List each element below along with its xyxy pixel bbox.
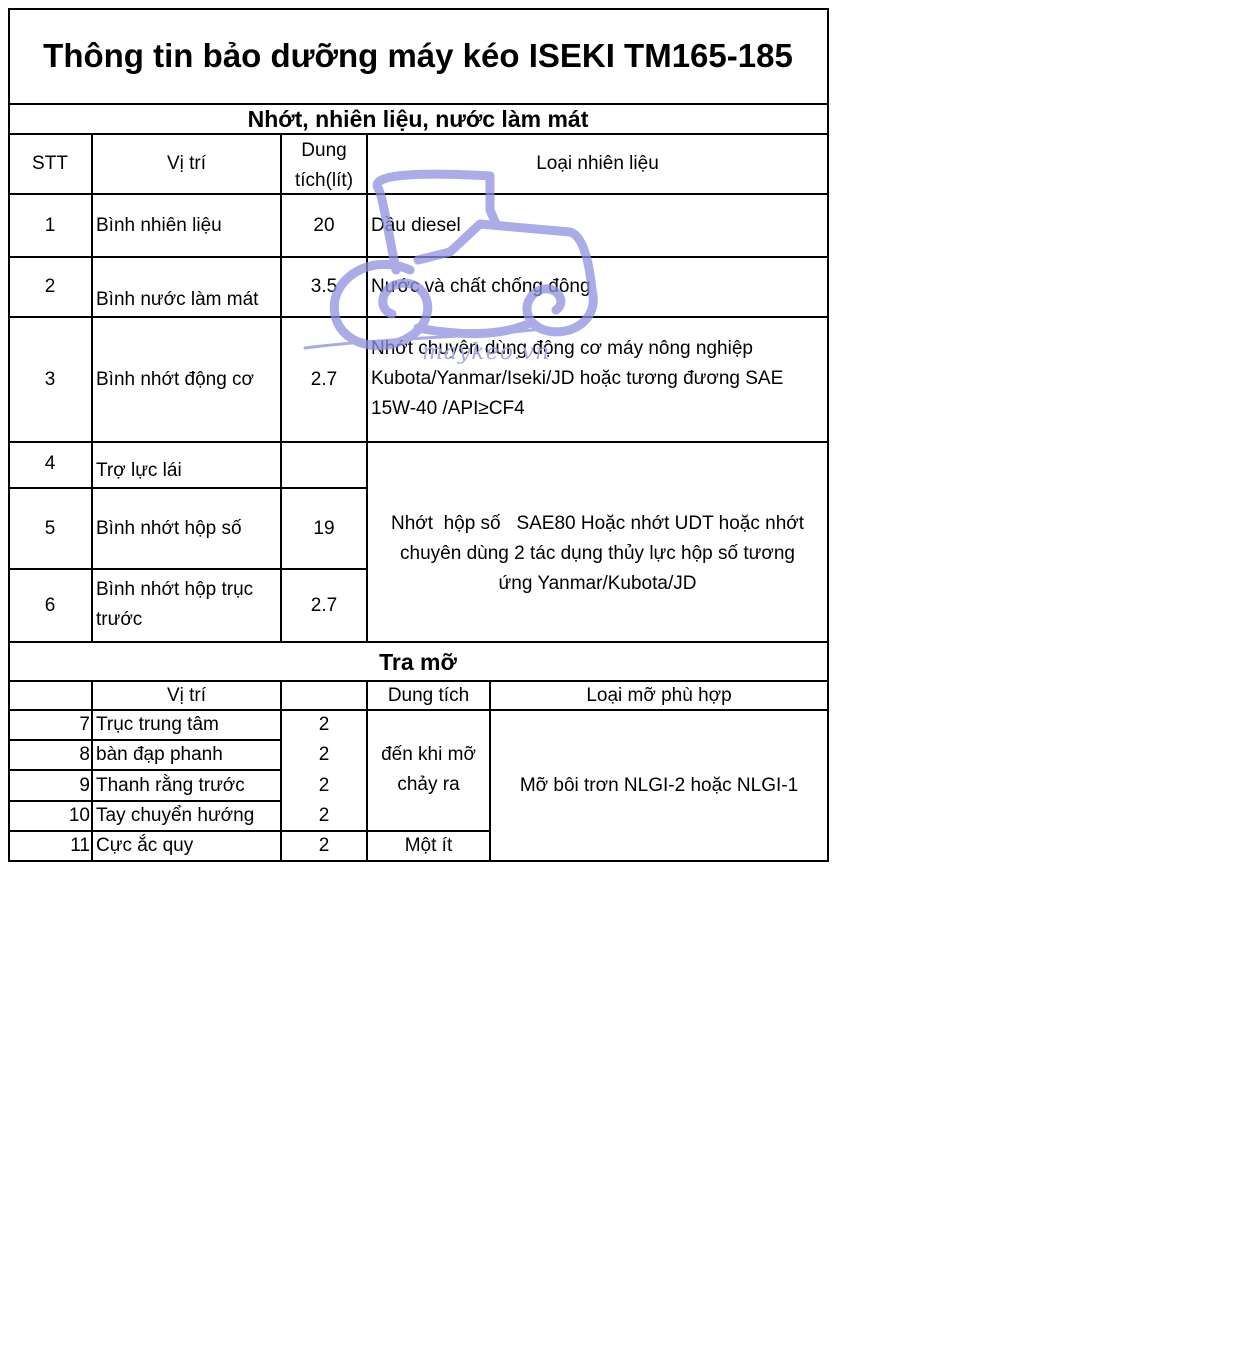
rows4-6-fluid-line1: Nhớt hộp số SAE80 Hoặc nhớt UDT hoặc nhớ… bbox=[367, 509, 828, 539]
row3-fluid-line1: Nhớt chuyên dùng động cơ máy nông nghiệp bbox=[371, 334, 828, 364]
border-bottom bbox=[8, 860, 829, 862]
row1-fluid: Dầu diesel bbox=[367, 194, 828, 257]
column-header-capacity-line1: Dung bbox=[281, 136, 367, 166]
row-divider bbox=[8, 709, 829, 711]
col-divider bbox=[91, 133, 93, 642]
row6-position-line2: trước bbox=[96, 605, 281, 635]
grease-type-all: Mỡ bôi trơn NLGI-2 hoặc NLGI-1 bbox=[490, 710, 828, 861]
row6-stt: 6 bbox=[8, 569, 92, 642]
rows4-6-fluid: Nhớt hộp số SAE80 Hoặc nhớt UDT hoặc nhớ… bbox=[367, 509, 828, 609]
grease-capacity-row11: Một ít bbox=[367, 831, 490, 861]
border-top bbox=[8, 8, 828, 10]
row3-stt: 3 bbox=[8, 317, 92, 442]
grease-row11-position: Cực ắc quy bbox=[92, 831, 281, 861]
row-divider bbox=[8, 316, 829, 318]
row3-fluid: Nhớt chuyên dùng động cơ máy nông nghiệp… bbox=[367, 334, 828, 434]
grease-section-heading: Tra mỡ bbox=[8, 642, 828, 681]
grease-row9-count: 2 bbox=[281, 770, 367, 801]
col-divider bbox=[489, 680, 491, 861]
grease-row9-position: Thanh rằng trước bbox=[92, 770, 281, 801]
row3-position: Bình nhớt động cơ bbox=[92, 317, 281, 442]
grease-capacity-line2: chảy ra bbox=[367, 770, 490, 800]
grease-row8-count: 2 bbox=[281, 740, 367, 770]
grease-row8-position: bàn đạp phanh bbox=[92, 740, 281, 770]
border-left bbox=[8, 8, 10, 862]
row4-stt: 4 bbox=[8, 449, 92, 489]
row5-position: Bình nhớt hộp số bbox=[92, 488, 281, 569]
row2-position: Bình nước làm mát bbox=[92, 257, 281, 317]
grease-header-position: Vị trí bbox=[92, 681, 281, 710]
row1-capacity: 20 bbox=[281, 194, 367, 257]
rows4-6-fluid-line2: chuyên dùng 2 tác dụng thủy lực hộp số t… bbox=[367, 539, 828, 569]
row2-capacity: 3.5 bbox=[281, 257, 367, 317]
row6-position-line1: Bình nhớt hộp trục bbox=[96, 575, 281, 605]
grease-capacity-rows7-10: đến khi mỡ chảy ra bbox=[367, 740, 490, 802]
row4-capacity bbox=[281, 442, 367, 488]
grease-header-capacity: Dung tích bbox=[367, 681, 490, 710]
row4-position: Trợ lực lái bbox=[92, 442, 281, 488]
col-divider bbox=[280, 133, 282, 642]
row1-stt: 1 bbox=[8, 194, 92, 257]
grease-row11-count: 2 bbox=[281, 831, 367, 861]
rows4-6-fluid-line3: ứng Yanmar/Kubota/JD bbox=[367, 569, 828, 599]
row-divider bbox=[8, 441, 829, 443]
col-divider bbox=[366, 133, 368, 642]
col-divider bbox=[91, 680, 93, 861]
row-divider bbox=[8, 103, 829, 105]
col-divider bbox=[280, 680, 282, 861]
row-divider bbox=[8, 769, 282, 771]
row-divider bbox=[8, 641, 829, 643]
grease-row10-count: 2 bbox=[281, 801, 367, 831]
row5-stt: 5 bbox=[8, 488, 92, 569]
grease-row7-stt: 7 bbox=[8, 710, 92, 740]
row-divider bbox=[8, 133, 829, 135]
row3-capacity: 2.7 bbox=[281, 317, 367, 442]
grease-header-stt bbox=[8, 681, 92, 710]
fluids-section-heading: Nhớt, nhiên liệu, nước làm mát bbox=[8, 103, 828, 134]
grease-header-count bbox=[281, 681, 367, 710]
row6-position: Bình nhớt hộp trục trước bbox=[92, 575, 281, 642]
column-header-fluid-type: Loại nhiên liệu bbox=[367, 134, 828, 194]
column-header-stt: STT bbox=[8, 134, 92, 194]
grease-row11-stt: 11 bbox=[8, 831, 92, 861]
row-divider bbox=[8, 487, 368, 489]
column-header-capacity-line2: tích(lít) bbox=[281, 166, 367, 196]
row-divider bbox=[8, 830, 491, 832]
row2-fluid: Nước và chất chống đông bbox=[367, 257, 828, 317]
grease-row7-count: 2 bbox=[281, 710, 367, 740]
grease-row10-stt: 10 bbox=[8, 801, 92, 831]
row-divider bbox=[8, 739, 282, 741]
col-divider bbox=[366, 680, 368, 861]
grease-row8-stt: 8 bbox=[8, 740, 92, 770]
row3-fluid-line3: 15W-40 /API≥CF4 bbox=[371, 394, 828, 424]
border-right bbox=[827, 8, 829, 862]
column-header-position: Vị trí bbox=[92, 134, 281, 194]
row-divider bbox=[8, 193, 829, 195]
row2-stt: 2 bbox=[8, 257, 92, 317]
grease-row7-position: Trục trung tâm bbox=[92, 710, 281, 740]
row-divider bbox=[8, 256, 829, 258]
grease-row9-stt: 9 bbox=[8, 770, 92, 801]
document-title: Thông tin bảo dưỡng máy kéo ISEKI TM165-… bbox=[8, 8, 828, 103]
row3-fluid-line2: Kubota/Yanmar/Iseki/JD hoặc tương đương … bbox=[371, 364, 828, 394]
row-divider bbox=[8, 800, 282, 802]
row1-position: Bình nhiên liệu bbox=[92, 194, 281, 257]
row6-capacity: 2.7 bbox=[281, 569, 367, 642]
row5-capacity: 19 bbox=[281, 488, 367, 569]
row-divider bbox=[8, 680, 829, 682]
row-divider bbox=[8, 568, 368, 570]
maintenance-table: Thông tin bảo dưỡng máy kéo ISEKI TM165-… bbox=[8, 8, 828, 861]
column-header-capacity: Dung tích(lít) bbox=[281, 136, 367, 194]
grease-header-type: Loại mỡ phù hợp bbox=[490, 681, 828, 710]
grease-row10-position: Tay chuyển hướng bbox=[92, 801, 281, 831]
grease-capacity-line1: đến khi mỡ bbox=[367, 740, 490, 770]
